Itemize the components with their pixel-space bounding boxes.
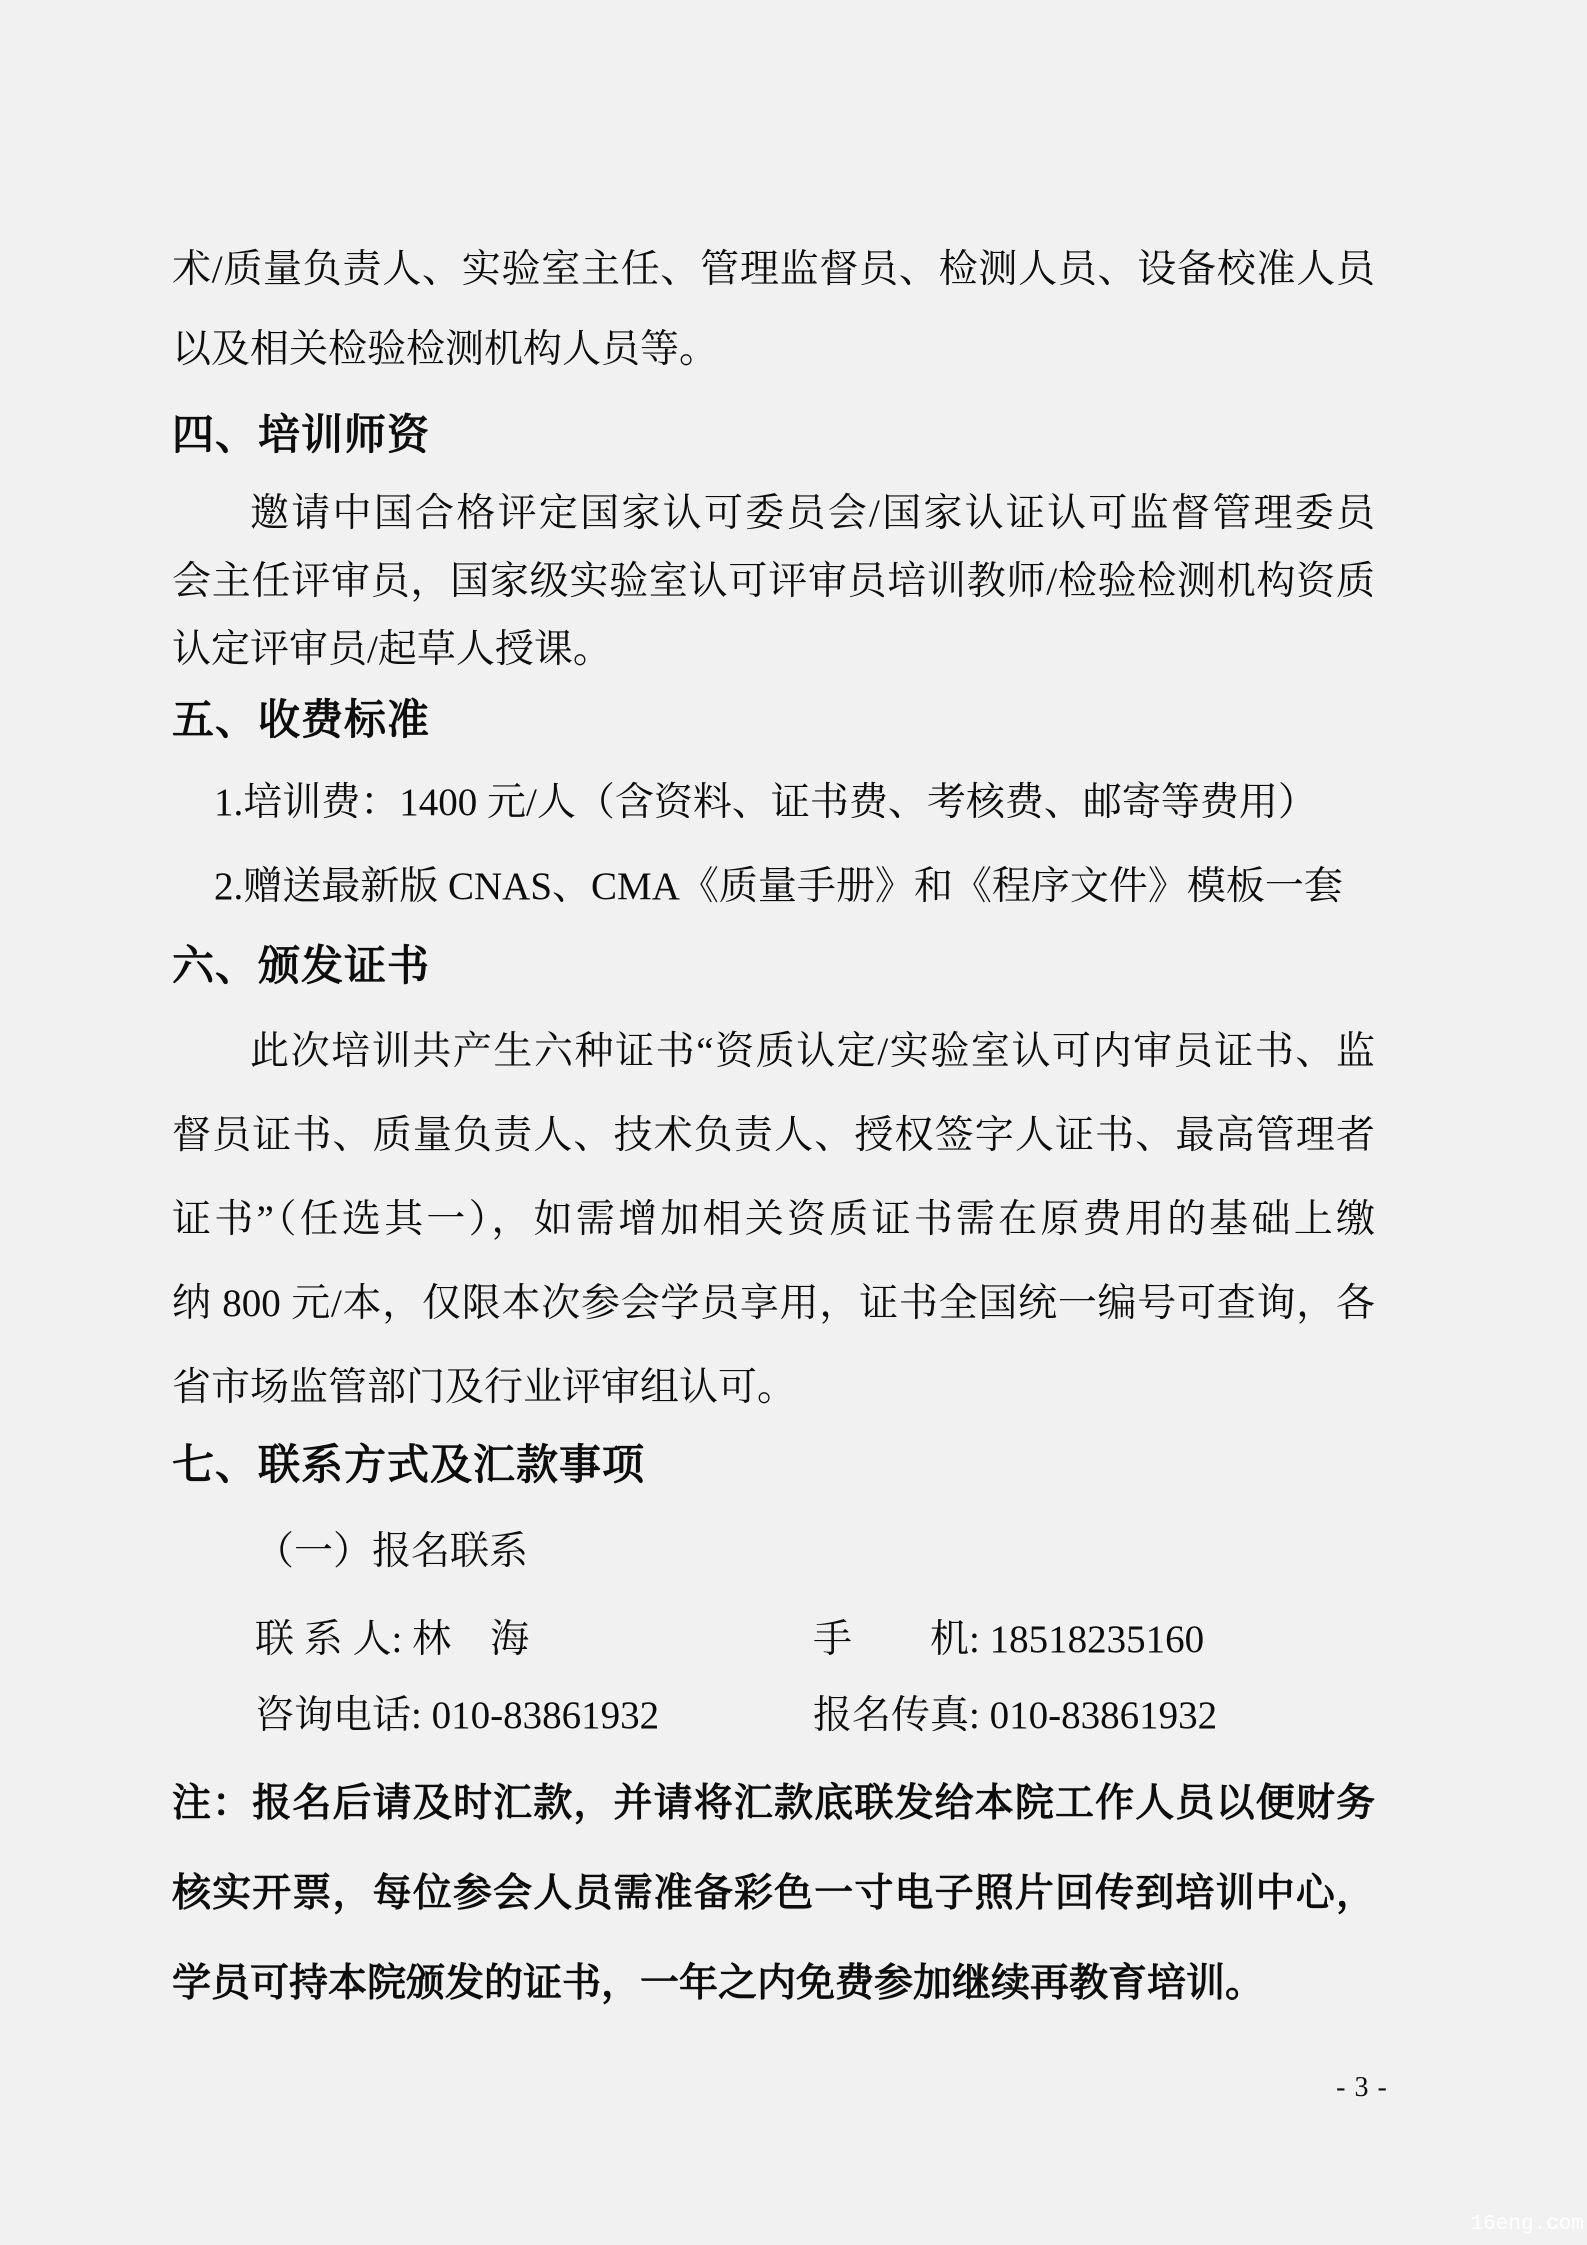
- watermark: 16eng.com: [1471, 2213, 1584, 2236]
- fee-item: 2.赠送最新版 CNAS、CMA《质量手册》和《程序文件》模板一套: [172, 845, 1375, 929]
- contact-table: 联 系 人: 林 海 手 机: 18518235160 咨询电话: 010-83…: [172, 1602, 1375, 1754]
- body-line: 会主任评审员，国家级实验室认可评审员培训教师/检验检测机构资质: [172, 548, 1375, 616]
- note-line: 学员可持本院颁发的证书，一年之内免费参加继续再教育培训。: [172, 1939, 1375, 2029]
- section-heading-certificates: 六、颁发证书: [172, 944, 1375, 990]
- paragraph-continuation: 术/质量负责人、实验室主任、管理监督员、检测人员、设备校准人员 以及相关检验检测…: [172, 230, 1375, 390]
- section-heading-training-faculty: 四、培训师资: [172, 413, 1375, 459]
- contact-row: 联 系 人: 林 海 手 机: 18518235160: [172, 1602, 1375, 1678]
- document-content: 术/质量负责人、实验室主任、管理监督员、检测人员、设备校准人员 以及相关检验检测…: [172, 0, 1375, 2245]
- body-line: 认定评审员/起草人授课。: [172, 616, 1375, 684]
- document-page: 术/质量负责人、实验室主任、管理监督员、检测人员、设备校准人员 以及相关检验检测…: [0, 0, 1587, 2245]
- contact-fax: 报名传真: 010-83861932: [813, 1678, 1217, 1754]
- body-line: 邀请中国合格评定国家认可委员会/国家认证认可监督管理委员: [172, 480, 1375, 548]
- fee-list: 1.培训费：1400 元/人（含资料、证书费、考核费、邮寄等费用） 2.赠送最新…: [172, 761, 1375, 929]
- body-line: 术/质量负责人、实验室主任、管理监督员、检测人员、设备校准人员: [172, 230, 1375, 310]
- paragraph-training-faculty: 邀请中国合格评定国家认可委员会/国家认证认可监督管理委员 会主任评审员，国家级实…: [172, 480, 1375, 684]
- body-line: 证书”（任选其一），如需增加相关资质证书需在原费用的基础上缴: [172, 1178, 1375, 1262]
- body-line: 此次培训共产生六种证书“资质认定/实验室认可内审员证书、监: [172, 1010, 1375, 1094]
- section-heading-contact: 七、联系方式及汇款事项: [172, 1443, 1375, 1489]
- contact-person: 联 系 人: 林 海: [255, 1602, 529, 1678]
- section-heading-fees: 五、收费标准: [172, 698, 1375, 744]
- contact-phone: 咨询电话: 010-83861932: [255, 1678, 659, 1754]
- note-line: 注：报名后请及时汇款，并请将汇款底联发给本院工作人员以便财务: [172, 1759, 1375, 1849]
- body-line: 纳 800 元/本，仅限本次参会学员享用，证书全国统一编号可查询，各: [172, 1262, 1375, 1346]
- body-line: 以及相关检验检测机构人员等。: [172, 310, 1375, 390]
- body-line: 省市场监管部门及行业评审组认可。: [172, 1346, 1375, 1430]
- contact-mobile: 手 机: 18518235160: [813, 1602, 1204, 1678]
- body-line: 督员证书、质量负责人、技术负责人、授权签字人证书、最高管理者: [172, 1094, 1375, 1178]
- contact-row: 咨询电话: 010-83861932 报名传真: 010-83861932: [172, 1678, 1375, 1754]
- note-line: 核实开票，每位参会人员需准备彩色一寸电子照片回传到培训中心，: [172, 1849, 1375, 1939]
- fee-item: 1.培训费：1400 元/人（含资料、证书费、考核费、邮寄等费用）: [172, 761, 1375, 845]
- remittance-note: 注：报名后请及时汇款，并请将汇款底联发给本院工作人员以便财务 核实开票，每位参会…: [172, 1759, 1375, 2029]
- paragraph-certificates: 此次培训共产生六种证书“资质认定/实验室认可内审员证书、监 督员证书、质量负责人…: [172, 1010, 1375, 1430]
- subheading-registration-contact: （一）报名联系: [172, 1531, 1375, 1573]
- page-number: - 3 -: [1330, 2072, 1394, 2104]
